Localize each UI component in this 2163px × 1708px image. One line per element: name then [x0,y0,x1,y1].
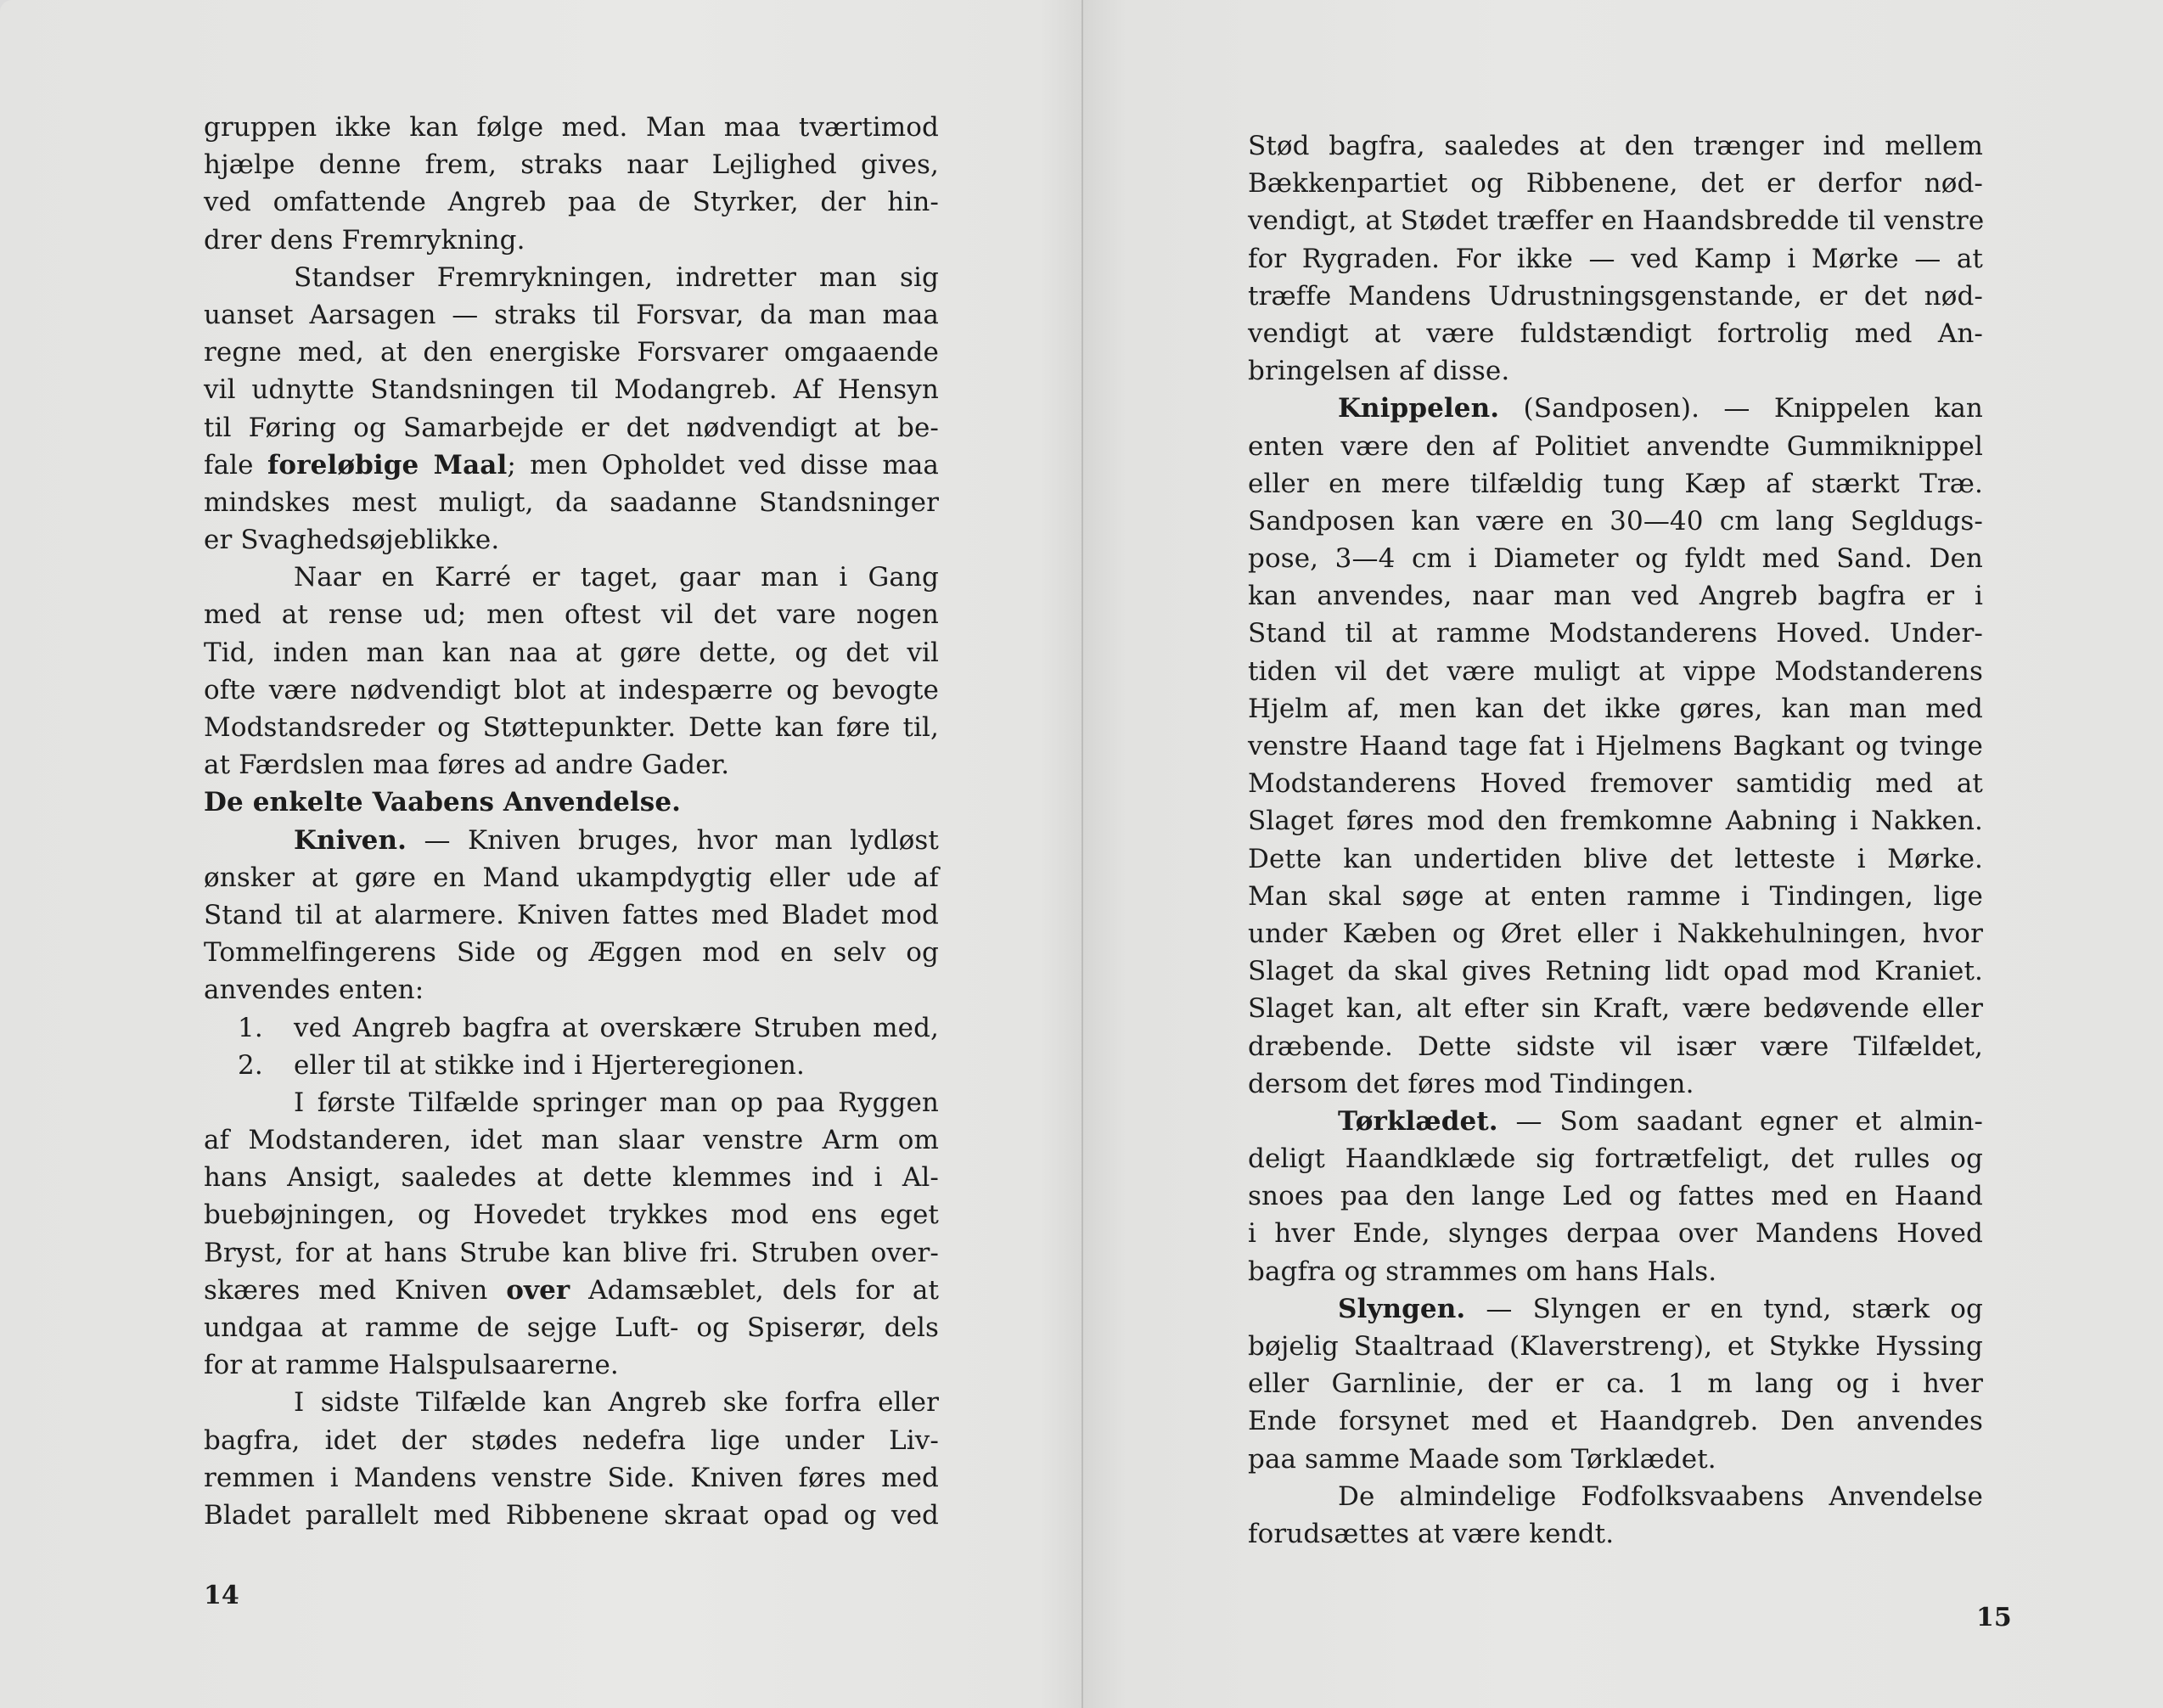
text-run: eller Garnlinie, der er ca. 1 m lang og … [1248,1368,1983,1399]
text-line: snoes paa den lange Led og fattes med en… [1248,1177,1983,1215]
bold-term: Kniven. [294,825,407,856]
text-run: under Kæben og Øret eller i Nakkehulning… [1248,919,1983,949]
text-line: deligt Haandklæde sig fortrætfeligt, det… [1248,1140,1983,1177]
text-run: at Færdslen maa føres ad andre Gader. [204,750,729,780]
text-line: 1.ved Angreb bagfra at overskære Struben… [204,1009,939,1047]
text-line: Sandposen kan være en 30—40 cm lang Segl… [1248,503,1983,540]
text-line: Man skal søge at enten ramme i Tindingen… [1248,878,1983,915]
text-run: — Slyngen er en tynd, stærk og [1465,1294,1983,1324]
text-line: hans Ansigt, saaledes at dette klemmes i… [204,1159,939,1196]
text-run: Stand til at alarmere. Kniven fattes med… [204,900,939,930]
text-line: drer dens Fremrykning. [204,222,939,259]
text-line: Bækkenpartiet og Ribbenene, det er derfo… [1248,165,1983,202]
text-line: De almindelige Fodfolksvaabens Anvendels… [1248,1478,1983,1515]
text-run: Slaget føres mod den fremkomne Aabning i… [1248,806,1983,836]
text-line: pose, 3—4 cm i Diameter og fyldt med San… [1248,540,1983,577]
text-line: under Kæben og Øret eller i Nakkehulning… [1248,915,1983,952]
text-run: I sidste Tilfælde kan Angreb ske forfra … [294,1387,939,1418]
text-line: undgaa at ramme de sejge Luft- og Spiser… [204,1309,939,1346]
text-run: mindskes mest muligt, da saadanne Stands… [204,487,939,518]
text-line: for at ramme Halspulsaarerne. [204,1346,939,1384]
text-line: Tommelfingerens Side og Æggen mod en sel… [204,934,939,971]
text-line: Tid, inden man kan naa at gøre dette, og… [204,634,939,671]
text-run: buebøjningen, og Hovedet trykkes mod ens… [204,1200,939,1230]
text-line: I første Tilfælde springer man op paa Ry… [204,1084,939,1121]
text-line: Kniven. — Kniven bruges, hvor man lydløs… [204,822,939,859]
text-run: venstre Haand tage fat i Hjelmens Bagkan… [1248,731,1983,761]
text-run: træffe Mandens Udrustningsgenstande, er … [1248,281,1983,312]
section-heading: De enkelte Vaabens Anvendelse. [204,784,939,821]
text-line: venstre Haand tage fat i Hjelmens Bagkan… [1248,728,1983,765]
text-run: dræbende. Dette sidste vil især være Til… [1248,1031,1983,1062]
text-line: Dette kan undertiden blive det letteste … [1248,840,1983,878]
bold-term: foreløbige Maal [267,450,507,480]
text-line: gruppen ikke kan følge med. Man maa tvær… [204,109,939,146]
text-line: Tørklædet. — Som saadant egner et almin- [1248,1103,1983,1140]
heading-text: De enkelte Vaabens Anvendelse. [204,787,681,817]
text-line: paa samme Maade som Tørklædet. [1248,1441,1983,1478]
text-run: drer dens Fremrykning. [204,225,525,256]
text-line: fale foreløbige Maal; men Opholdet ved d… [204,447,939,484]
bold-term: Knippelen. [1338,393,1499,424]
text-run: (Sandposen). — Knippelen kan [1499,393,1983,424]
text-line: til Føring og Samarbejde er det nødvendi… [204,409,939,447]
text-run: — Som saadant egner et almin- [1498,1106,1983,1137]
text-run: De almindelige Fodfolksvaabens Anvendels… [1338,1481,1983,1512]
text-line: Slaget kan, alt efter sin Kraft, være be… [1248,990,1983,1027]
text-run: forudsættes at være kendt. [1248,1519,1614,1549]
bold-term: over [506,1275,570,1306]
text-run: ofte være nødvendigt blot at indespærre … [204,675,939,705]
text-line: for Rygraden. For ikke — ved Kamp i Mørk… [1248,240,1983,278]
text-line: Bryst, for at hans Strube kan blive fri.… [204,1234,939,1272]
text-run: Slaget kan, alt efter sin Kraft, være be… [1248,993,1983,1024]
text-run: for at ramme Halspulsaarerne. [204,1350,619,1380]
text-line: bringelsen af disse. [1248,352,1983,390]
text-run: Bryst, for at hans Strube kan blive fri.… [204,1238,939,1268]
text-line: forudsættes at være kendt. [1248,1515,1983,1553]
text-line: at Færdslen maa føres ad andre Gader. [204,746,939,784]
text-run: kan anvendes, naar man ved Angreb bagfra… [1248,581,1983,611]
text-line: Stød bagfra, saaledes at den trænger ind… [1248,127,1983,165]
text-run: hans Ansigt, saaledes at dette klemmes i… [204,1162,939,1193]
text-run: uanset Aarsagen — straks til Forsvar, da… [204,300,939,330]
text-line: vendigt, at Stødet træffer en Haandsbred… [1248,202,1983,239]
text-line: Slaget da skal gives Retning lidt opad m… [1248,952,1983,990]
text-run: ; men Opholdet ved disse maa [507,450,939,480]
text-run: i hver Ende, slynges derpaa over Mandens… [1248,1218,1983,1249]
text-line: Modstandsreder og Støttepunkter. Dette k… [204,709,939,746]
text-line: kan anvendes, naar man ved Angreb bagfra… [1248,577,1983,615]
text-run: Standser Fremrykningen, indretter man si… [294,262,939,293]
text-run: er Svaghedsøjeblikke. [204,525,499,555]
text-line: Slaget føres mod den fremkomne Aabning i… [1248,802,1983,840]
text-run: Sandposen kan være en 30—40 cm lang Segl… [1248,506,1983,537]
text-line: eller en mere tilfældig tung Kæp af stær… [1248,465,1983,503]
text-line: med at rense ud; men oftest vil det vare… [204,596,939,633]
text-line: mindskes mest muligt, da saadanne Stands… [204,484,939,521]
right-page: Stød bagfra, saaledes at den trænger ind… [1083,0,2163,1708]
text-run: bagfra, idet der stødes nedefra lige und… [204,1425,939,1456]
text-run: undgaa at ramme de sejge Luft- og Spiser… [204,1312,939,1343]
text-run: for Rygraden. For ikke — ved Kamp i Mørk… [1248,244,1983,274]
text-line: Hjelm af, men kan det ikke gøres, kan ma… [1248,690,1983,728]
text-run: til Føring og Samarbejde er det nødvendi… [204,413,939,443]
text-run: bøjelig Staaltraad (Klaverstreng), et St… [1248,1331,1983,1362]
text-line: I sidste Tilfælde kan Angreb ske forfra … [204,1384,939,1421]
text-run: Slaget da skal gives Retning lidt opad m… [1248,956,1983,986]
bold-term: Tørklædet. [1338,1106,1498,1137]
text-line: Ende forsynet med et Haandgreb. Den anve… [1248,1402,1983,1440]
text-run: ved Angreb bagfra at overskære Struben m… [294,1013,939,1043]
page-number-left: 14 [204,1581,239,1610]
text-run: Dette kan undertiden blive det letteste … [1248,844,1983,874]
text-line: træffe Mandens Udrustningsgenstande, er … [1248,278,1983,315]
text-run: gruppen ikke kan følge med. Man maa tvær… [204,112,939,143]
text-line: vil udnytte Standsningen til Modangreb. … [204,371,939,408]
text-line: Bladet parallelt med Ribbenene skraat op… [204,1497,939,1534]
text-run: I første Tilfælde springer man op paa Ry… [294,1087,939,1118]
text-line: hjælpe denne frem, straks naar Lejlighed… [204,146,939,183]
text-line: remmen i Mandens venstre Side. Kniven fø… [204,1459,939,1497]
text-run: enten være den af Politiet anvendte Gumm… [1248,431,1983,462]
text-run: remmen i Mandens venstre Side. Kniven fø… [204,1463,939,1493]
list-number: 1. [238,1009,294,1047]
text-line: Naar en Karré er taget, gaar man i Gang [204,559,939,596]
text-line: uanset Aarsagen — straks til Forsvar, da… [204,296,939,334]
text-run: — Kniven bruges, hvor man lydløst [407,825,939,856]
text-line: skæres med Kniven over Adamsæblet, dels … [204,1272,939,1309]
text-line: af Modstanderen, idet man slaar venstre … [204,1121,939,1159]
text-run: pose, 3—4 cm i Diameter og fyldt med San… [1248,543,1983,574]
text-run: ønsker at gøre en Mand ukampdygtig eller… [204,862,939,893]
text-run: deligt Haandklæde sig fortrætfeligt, det… [1248,1143,1983,1174]
text-run: Man skal søge at enten ramme i Tindingen… [1248,881,1983,912]
text-line: 2.eller til at stikke ind i Hjerteregion… [204,1047,939,1084]
text-run: dersom det føres mod Tindingen. [1248,1069,1694,1099]
text-run: eller en mere tilfældig tung Kæp af stær… [1248,469,1983,499]
text-run: regne med, at den energiske Forsvarer om… [204,337,939,368]
text-line: eller Garnlinie, der er ca. 1 m lang og … [1248,1365,1983,1402]
list-number: 2. [238,1047,294,1084]
left-page-body: gruppen ikke kan følge med. Man maa tvær… [204,109,939,1534]
text-run: Modstandsreder og Støttepunkter. Dette k… [204,712,939,743]
bold-term: Slyngen. [1338,1294,1465,1324]
text-line: vendigt at være fuldstændigt fortrolig m… [1248,315,1983,352]
text-run: Stand til at ramme Modstanderens Hoved. … [1248,618,1983,649]
text-line: Stand til at ramme Modstanderens Hoved. … [1248,615,1983,652]
text-line: Standser Fremrykningen, indretter man si… [204,259,939,296]
text-line: er Svaghedsøjeblikke. [204,521,939,559]
left-page: gruppen ikke kan følge med. Man maa tvær… [0,0,1083,1708]
right-page-body: Stød bagfra, saaledes at den trænger ind… [1248,127,1983,1553]
text-run: fale [204,450,267,480]
text-run: af Modstanderen, idet man slaar venstre … [204,1125,939,1155]
text-run: paa samme Maade som Tørklædet. [1248,1444,1716,1475]
text-line: dersom det føres mod Tindingen. [1248,1065,1983,1103]
text-line: bagfra, idet der stødes nedefra lige und… [204,1422,939,1459]
page-number-right: 15 [1976,1603,2012,1632]
text-line: buebøjningen, og Hovedet trykkes mod ens… [204,1196,939,1233]
text-line: Stand til at alarmere. Kniven fattes med… [204,896,939,934]
text-line: Modstanderens Hoved fremover samtidig me… [1248,765,1983,802]
text-line: tiden vil det være muligt at vippe Modst… [1248,653,1983,690]
text-run: Naar en Karré er taget, gaar man i Gang [294,562,939,593]
text-run: Stød bagfra, saaledes at den trænger ind… [1248,131,1983,161]
text-run: Modstanderens Hoved fremover samtidig me… [1248,768,1983,799]
text-run: Adamsæblet, dels for at [570,1275,939,1306]
text-run: bagfra og strammes om hans Hals. [1248,1256,1716,1287]
text-line: bøjelig Staaltraad (Klaverstreng), et St… [1248,1328,1983,1365]
text-run: med at rense ud; men oftest vil det vare… [204,599,939,630]
text-line: dræbende. Dette sidste vil især være Til… [1248,1028,1983,1065]
text-run: vendigt at være fuldstændigt fortrolig m… [1248,318,1983,349]
text-run: vil udnytte Standsningen til Modangreb. … [204,374,939,405]
text-run: skæres med Kniven [204,1275,506,1306]
text-line: ved omfattende Angreb paa de Styrker, de… [204,183,939,221]
text-run: eller til at stikke ind i Hjerteregionen… [294,1050,805,1081]
text-run: hjælpe denne frem, straks naar Lejlighed… [204,149,939,180]
text-line: ofte være nødvendigt blot at indespærre … [204,671,939,709]
text-run: anvendes enten: [204,975,424,1005]
text-line: Knippelen. (Sandposen). — Knippelen kan [1248,390,1983,427]
text-run: vendigt, at Stødet træffer en Haandsbred… [1248,205,1984,236]
text-run: snoes paa den lange Led og fattes med en… [1248,1181,1983,1211]
text-run: Ende forsynet med et Haandgreb. Den anve… [1248,1406,1983,1436]
text-line: bagfra og strammes om hans Hals. [1248,1253,1983,1290]
text-run: Bækkenpartiet og Ribbenene, det er derfo… [1248,168,1983,199]
text-line: anvendes enten: [204,971,939,1009]
text-run: Hjelm af, men kan det ikke gøres, kan ma… [1248,694,1983,724]
text-run: Bladet parallelt med Ribbenene skraat op… [204,1500,939,1531]
text-run: bringelsen af disse. [1248,356,1509,386]
text-run: Tommelfingerens Side og Æggen mod en sel… [204,937,939,968]
text-run: tiden vil det være muligt at vippe Modst… [1248,656,1983,687]
text-line: enten være den af Politiet anvendte Gumm… [1248,428,1983,465]
text-run: ved omfattende Angreb paa de Styrker, de… [204,187,939,217]
text-line: regne med, at den energiske Forsvarer om… [204,334,939,371]
text-line: i hver Ende, slynges derpaa over Mandens… [1248,1215,1983,1252]
text-run: Tid, inden man kan naa at gøre dette, og… [204,638,939,668]
text-line: Slyngen. — Slyngen er en tynd, stærk og [1248,1290,1983,1328]
book-spread: gruppen ikke kan følge med. Man maa tvær… [0,0,2163,1708]
text-line: ønsker at gøre en Mand ukampdygtig eller… [204,859,939,896]
